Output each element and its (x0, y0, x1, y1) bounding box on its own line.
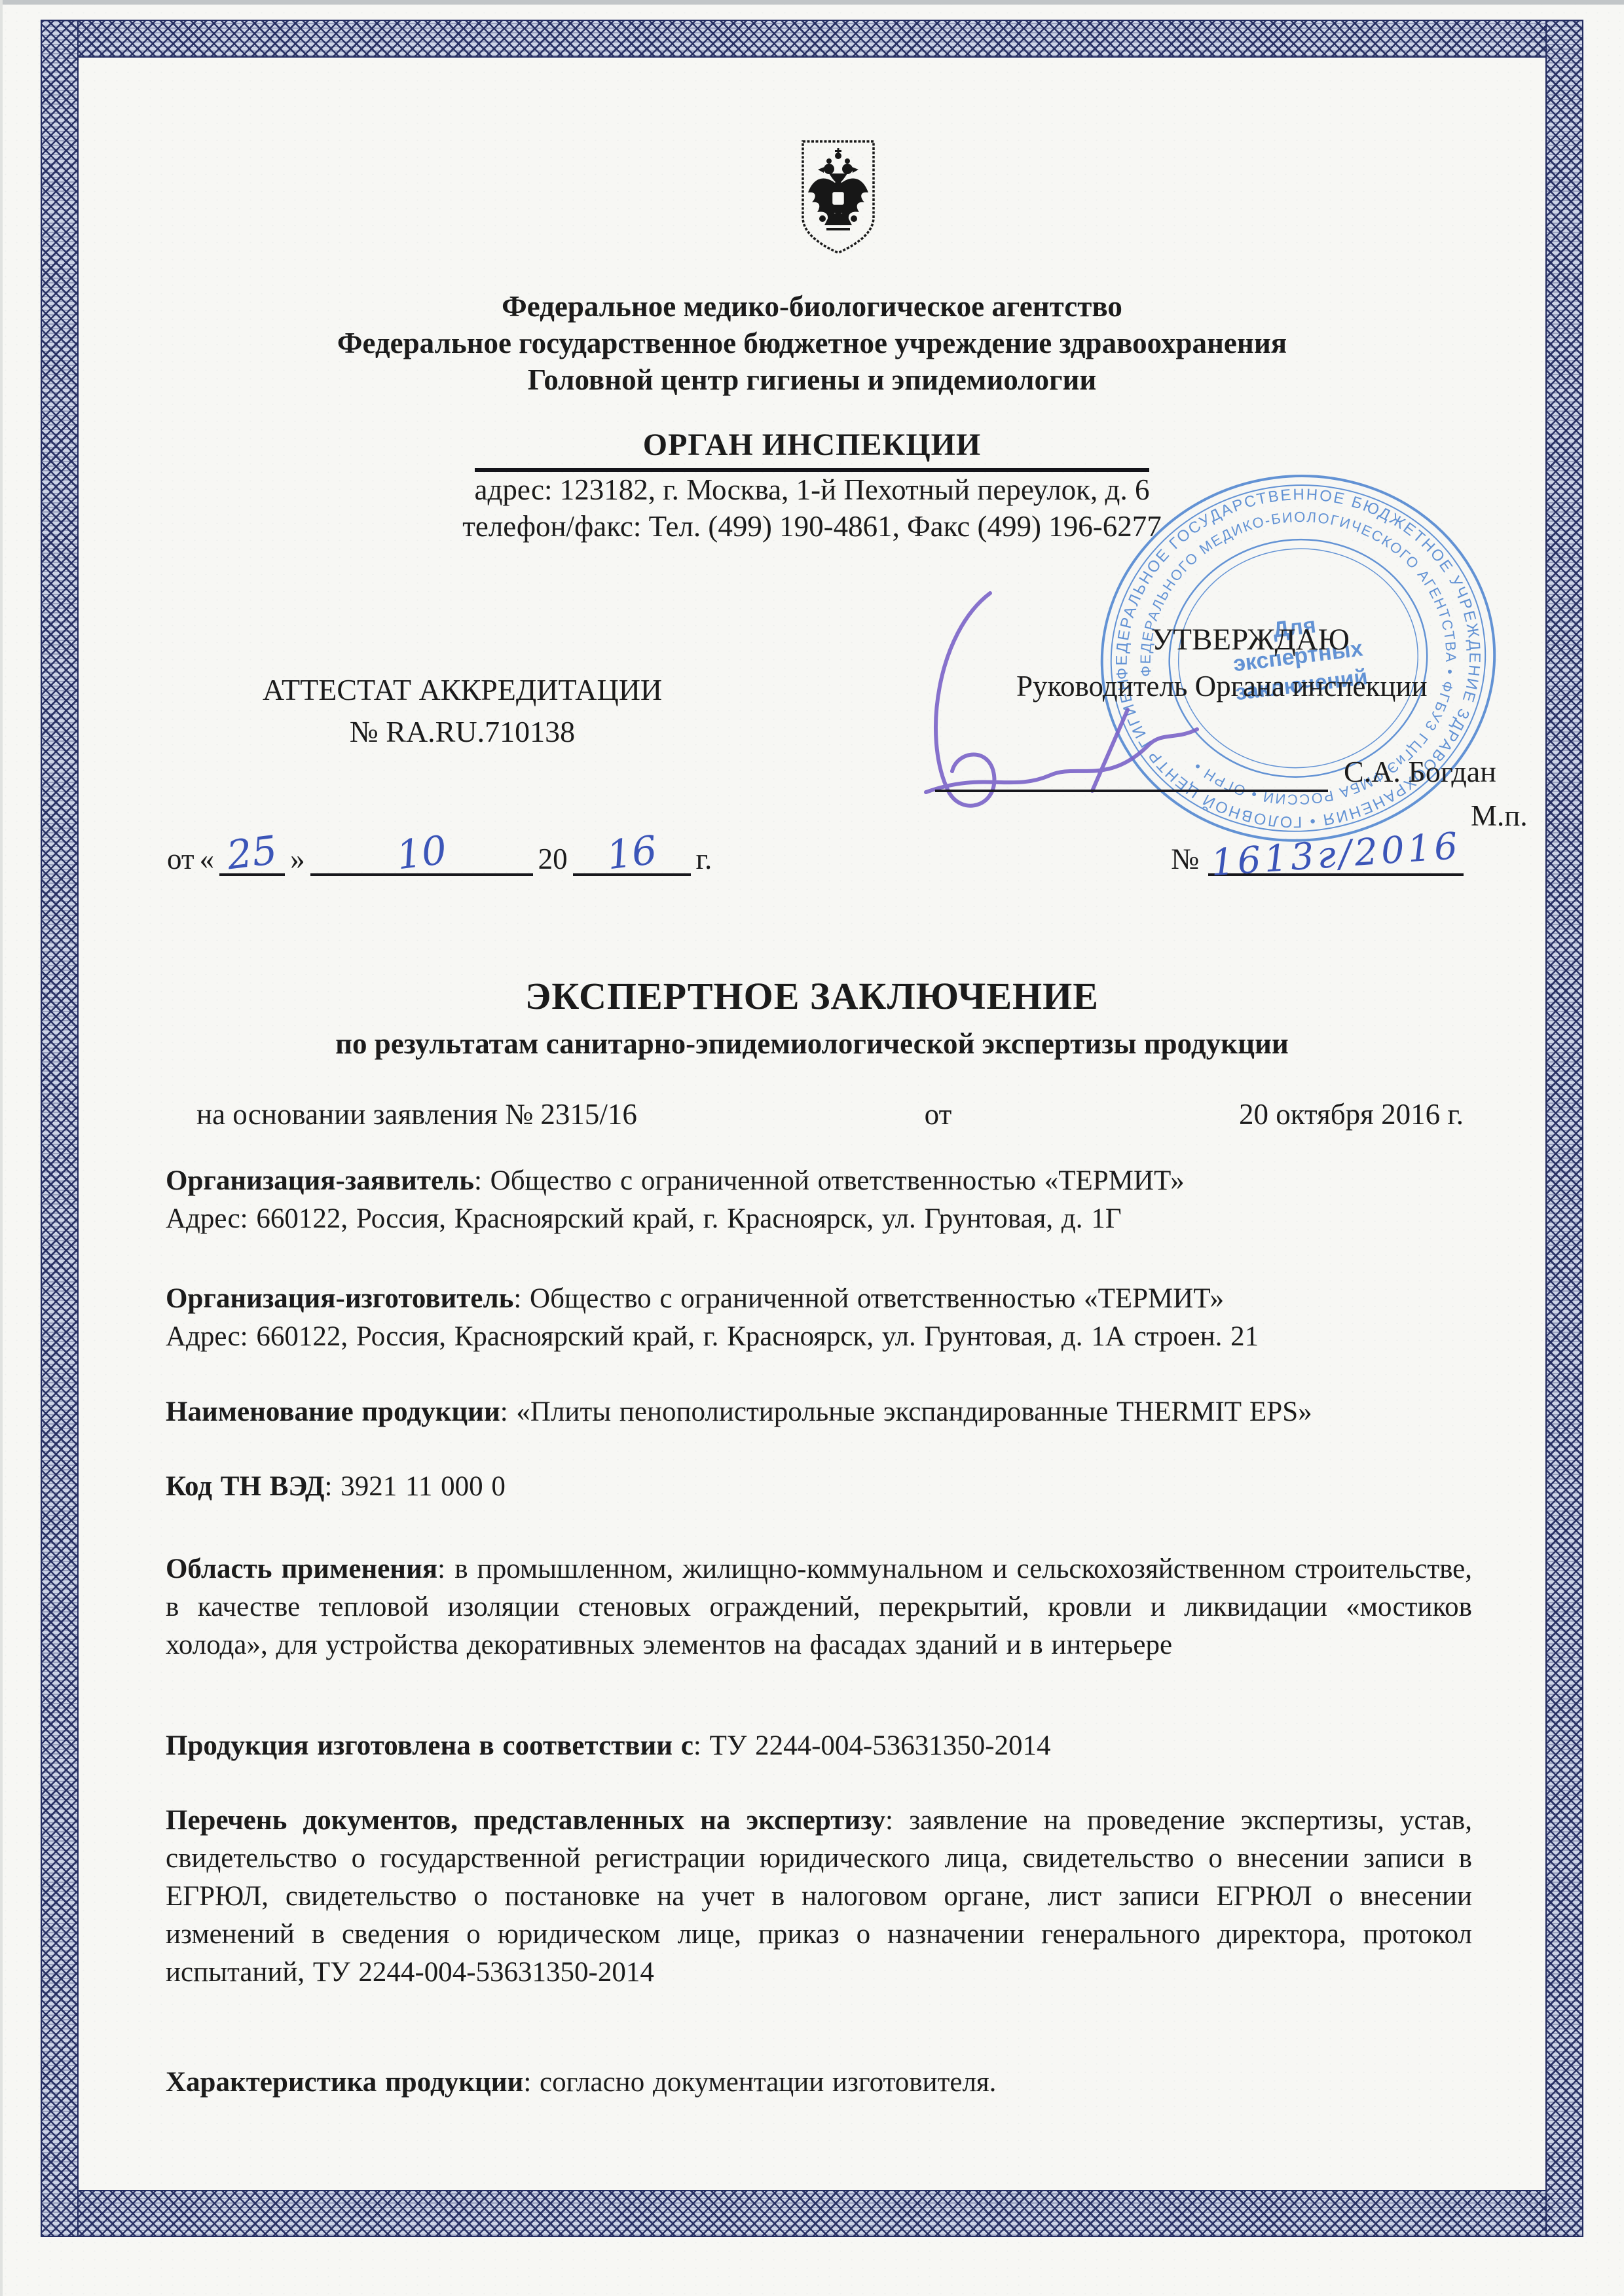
accreditation-title: АТТЕСТАТ АККРЕДИТАЦИИ (221, 669, 703, 711)
document-subtitle: по результатам санитарно-эпидемиологичес… (0, 1027, 1624, 1061)
section-text: : 3921 11 000 0 (325, 1471, 506, 1502)
section-text: : Общество с ограниченной ответственност… (474, 1165, 1185, 1196)
section-text: : ТУ 2244-004-53631350-2014 (693, 1730, 1051, 1761)
section-text: : согласно документации изготовителя. (523, 2067, 996, 2098)
agency-line-2: Федеральное государственное бюджетное уч… (0, 325, 1624, 361)
section-specification: Продукция изготовлена в соответствии с: … (166, 1727, 1472, 1765)
section-label: Организация-заявитель (166, 1165, 474, 1196)
handwritten-year: 16 (570, 823, 693, 883)
date-prefix: от (167, 842, 194, 876)
basis-row: на основании заявления № 2315/16 от 20 о… (196, 1097, 1464, 1131)
date-number-row: от « 25 » 10 20 16 г. № 1613г/2016 (167, 839, 1464, 876)
year-century: 20 (538, 842, 568, 876)
signature (912, 575, 1219, 843)
agency-header: Федеральное медико-биологическое агентст… (0, 288, 1624, 398)
number-slot: 1613г/2016 (1208, 839, 1464, 876)
section-application-area: Область применения: в промышленном, жили… (166, 1550, 1472, 1664)
accreditation-block: АТТЕСТАТ АККРЕДИТАЦИИ № RA.RU.710138 (221, 669, 703, 753)
section-text: : Общество с ограниченной ответственност… (513, 1283, 1224, 1314)
handwritten-day: 25 (217, 826, 287, 880)
approve-label: УТВЕРЖДАЮ (1151, 622, 1350, 657)
section-label: Область применения (166, 1554, 437, 1584)
document-title: ЭКСПЕРТНОЕ ЗАКЛЮЧЕНИЕ (0, 974, 1624, 1018)
section-label: Характеристика продукции (166, 2067, 523, 2098)
date-group: от « 25 » 10 20 16 г. (167, 839, 717, 876)
month-slot: 10 (310, 839, 533, 876)
section-tnved-code: Код ТН ВЭД: 3921 11 000 0 (166, 1468, 1472, 1506)
section-manufacturer: Организация-изготовитель: Общество с огр… (166, 1280, 1472, 1356)
close-quote: » (290, 842, 305, 876)
day-slot: 25 (219, 839, 285, 876)
agency-line-3: Головной центр гигиены и эпидемиологии (0, 361, 1624, 398)
handwritten-month: 10 (308, 817, 535, 890)
seal-place-mark: М.п. (1471, 799, 1528, 833)
section-text: : «Плиты пенополистирольные экспандирова… (500, 1396, 1312, 1427)
inspection-body-title: ОРГАН ИНСПЕКЦИИ (475, 427, 1149, 472)
agency-line-1: Федеральное медико-биологическое агентст… (0, 288, 1624, 325)
section-label: Продукция изготовлена в соответствии с (166, 1730, 693, 1761)
section-label: Перечень документов, представленных на э… (166, 1805, 885, 1836)
section-address: Адрес: 660122, Россия, Красноярский край… (166, 1318, 1472, 1356)
year-suffix: г. (696, 842, 712, 876)
section-product-name: Наименование продукции: «Плиты пенополис… (166, 1393, 1472, 1431)
section-applicant: Организация-заявитель: Общество с ограни… (166, 1162, 1472, 1238)
number-group: № 1613г/2016 (1171, 839, 1464, 876)
double-headed-eagle (808, 148, 868, 230)
signer-name: С.А. Богдан (1344, 754, 1496, 789)
accreditation-number: № RA.RU.710138 (221, 711, 703, 753)
basis-date: 20 октября 2016 г. (1239, 1097, 1464, 1131)
basis-from: от (925, 1097, 952, 1131)
section-documents-list: Перечень документов, представленных на э… (166, 1802, 1472, 1992)
year-slot: 16 (573, 839, 691, 876)
scan-edge (0, 0, 1624, 5)
signature-line (935, 758, 1328, 792)
section-address: Адрес: 660122, Россия, Красноярский край… (166, 1200, 1472, 1238)
section-label: Код ТН ВЭД (166, 1471, 325, 1502)
open-quote: « (200, 842, 215, 876)
basis-application: на основании заявления № 2315/16 (196, 1097, 637, 1131)
border-band-bottom (41, 2190, 1583, 2237)
border-band-top (41, 20, 1583, 58)
section-product-characteristics: Характеристика продукции: согласно докум… (166, 2064, 1472, 2102)
section-label: Организация-изготовитель (166, 1283, 513, 1314)
coat-of-arms-emblem (798, 137, 879, 257)
scanned-certificate-page: { "colors": { "border_navy": "#232c60", … (0, 0, 1624, 2296)
section-label: Наименование продукции (166, 1396, 500, 1427)
approve-role: Руководитель Органа инспекции (1016, 669, 1428, 703)
number-sign: № (1171, 842, 1199, 876)
